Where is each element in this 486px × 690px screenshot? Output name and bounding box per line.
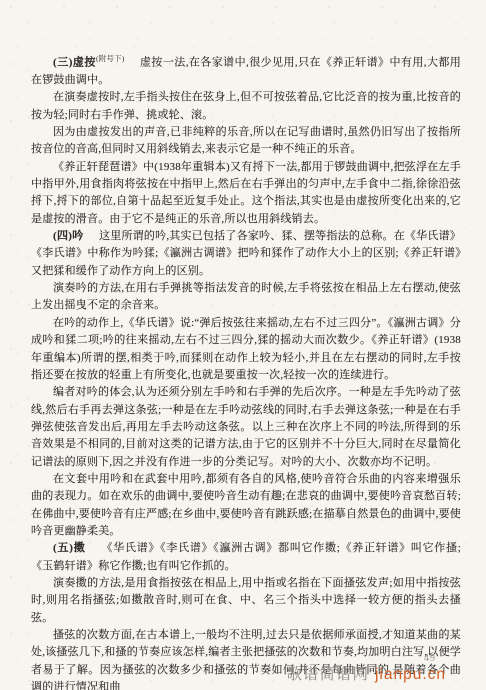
- paragraph: 在文套中用吟和在武套中用吟,都须有各自的风格,使吟音符合乐曲的内容来增强乐曲的表…: [31, 471, 461, 540]
- paragraph-section-5-heading: (五)擞《华氏谱》《李氏谱》《瀛洲古调》都叫它作擞;《养正轩谱》叫它作搔;《玉鹤…: [31, 540, 461, 575]
- paragraph-text: 演奏擞的方法,是用食指按弦在相品上,用中指或名指在下面搔弦发声;如用中指按弦时,…: [31, 577, 461, 624]
- paragraph: 编者对吟的体会,认为还须分别左手吟和右手弹的先后次序。一种是左手先吟动了弦线,然…: [31, 384, 461, 471]
- paragraph: 在吟的动作上,《华氏谱》说:“弹后按弦往来摇动,左右不过三四分”。《瀛洲古调》分…: [31, 315, 461, 384]
- paragraph-text: 演奏吟的方法,在用右手弹挑等指法发音的时候,左手将弦按在相品上左右摆动,使弦上发…: [31, 282, 461, 311]
- paragraph-text: 《养正轩琵琶谱》中(1938年重辑本)又有捋下一法,都用于锣鼓曲调中,把弦浮在左…: [31, 161, 461, 225]
- watermark-site-url: jianpu.cn: [375, 666, 446, 683]
- paragraph-text: 这里所谓的吟,其实已包括了各家吟、猱、摆等指法的总称。在《华氏谱》《李氏谱》中称…: [31, 230, 461, 277]
- paragraph-text: 在吟的动作上,《华氏谱》说:“弹后按弦往来摇动,左右不过三四分”。《瀛洲古调》分…: [31, 317, 461, 381]
- watermark: 歌谱简谱网jianpu.cn: [286, 662, 446, 684]
- paragraph-section-3-heading: (三)虚按(附号下)虚按一法,在各家谱中,很少见用,只在《养正轩谱》中有用,大都…: [31, 50, 461, 89]
- paragraph: 因为由虚按发出的声音,已非纯粹的乐音,所以在记写曲谱时,虽然仍旧写出了按指所按音…: [31, 124, 461, 159]
- section-3-heading: (三)虚按: [53, 57, 96, 69]
- paragraph: 演奏吟的方法,在用右手弹挑等指法发音的时候,左手将弦按在相品上左右摆动,使弦上发…: [31, 280, 461, 315]
- section-3-heading-superscript: (附号下): [96, 54, 124, 63]
- paragraph: 演奏擞的方法,是用食指按弦在相品上,用中指或名指在下面搔弦发声;如用中指按弦时,…: [31, 575, 461, 627]
- paragraph-section-4-heading: (四)吟这里所谓的吟,其实已包括了各家吟、猱、摆等指法的总称。在《华氏谱》《李氏…: [31, 228, 461, 280]
- paragraph: 《养正轩琵琶谱》中(1938年重辑本)又有捋下一法,都用于锣鼓曲调中,把弦浮在左…: [31, 159, 461, 228]
- watermark-site-name: 歌谱简谱网: [286, 666, 369, 683]
- paragraph-text: 在演奏虚按时,左手指头按住在弦身上,但不可按弦着品,它比泛音的按为重,比按音的按…: [31, 91, 461, 120]
- paragraph-text: 编者对吟的体会,认为还须分别左手吟和右手弹的先后次序。一种是左手先吟动了弦线,然…: [31, 386, 461, 467]
- paragraph-text: 在文套中用吟和在武套中用吟,都须有各自的风格,使吟音符合乐曲的内容来增强乐曲的表…: [31, 473, 461, 537]
- text-block: (三)虚按(附号下)虚按一法,在各家谱中,很少见用,只在《养正轩谱》中有用,大都…: [31, 50, 461, 690]
- paragraph: 在演奏虚按时,左手指头按住在弦身上,但不可按弦着品,它比泛音的按为重,比按音的按…: [31, 89, 461, 124]
- section-5-heading: (五)擞: [53, 542, 86, 554]
- section-4-heading: (四)吟: [53, 230, 84, 242]
- scanned-book-page: (三)虚按(附号下)虚按一法,在各家谱中,很少见用,只在《养正轩谱》中有用,大都…: [0, 0, 486, 690]
- paragraph-text: 因为由虚按发出的声音,已非纯粹的乐音,所以在记写曲谱时,虽然仍旧写出了按指所按音…: [31, 126, 461, 155]
- paragraph-text: 《华氏谱》《李氏谱》《瀛洲古调》都叫它作擞;《养正轩谱》叫它作搔;《玉鹤轩谱》称…: [31, 542, 461, 571]
